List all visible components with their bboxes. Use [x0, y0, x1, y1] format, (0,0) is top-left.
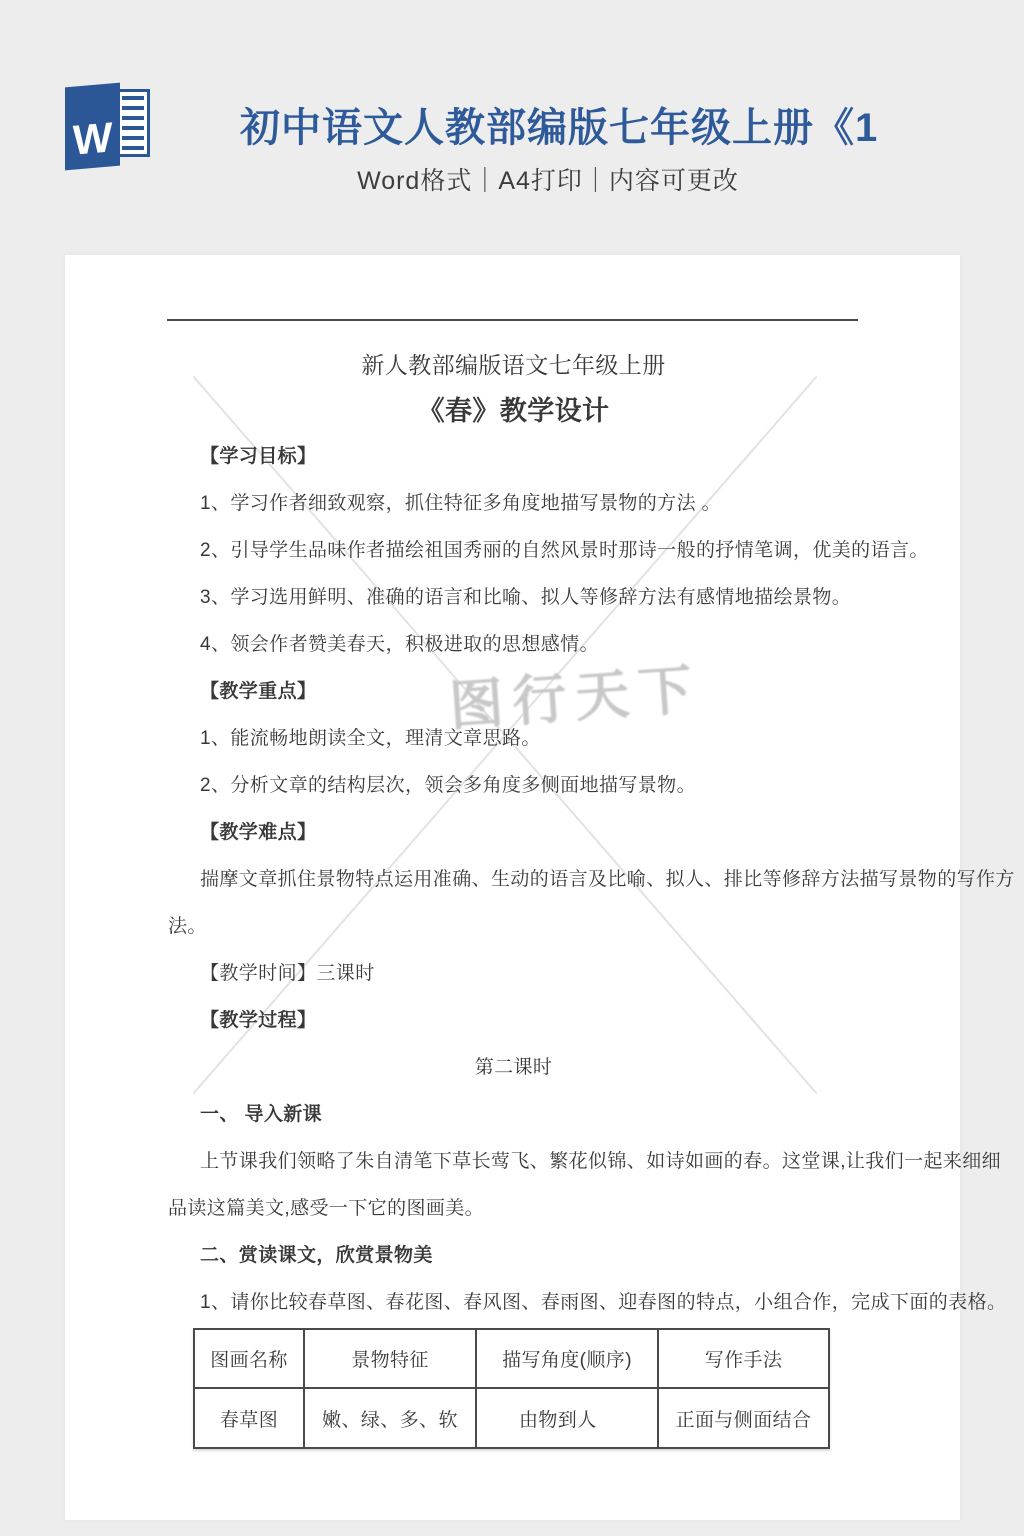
table-cell: 春草图	[194, 1388, 304, 1448]
part1-text: 品读这篇美文,感受一下它的图画美。	[168, 1196, 484, 1222]
goal-item: 2、引导学生品味作者描绘祖国秀丽的自然风景时那诗一般的抒情笔调，优美的语言。	[200, 538, 929, 564]
word-icon-text-lines	[122, 96, 144, 150]
key-point-item: 2、分析文章的结构层次，领会多角度多侧面地描写景物。	[200, 773, 696, 799]
key-point-item: 1、能流畅地朗读全文，理清文章思路。	[200, 726, 541, 752]
product-title[interactable]: 初中语文人教部编版七年级上册《1	[240, 96, 878, 153]
teaching-time-line: 【教学时间】三课时	[200, 961, 375, 987]
word-icon-w-tile: W	[65, 83, 120, 171]
document-preview-page: 图行天下 新人教部编版语文七年级上册 《春》教学设计 【学习目标】 1、学习作者…	[65, 255, 960, 1520]
table-header-cell: 写作手法	[658, 1329, 829, 1388]
key-points-heading: 【教学重点】	[200, 679, 316, 705]
part1-heading: 一、 导入新课	[200, 1102, 322, 1128]
teaching-time-value: 三课时	[316, 963, 374, 984]
document-content: 新人教部编版语文七年级上册 《春》教学设计 【学习目标】 1、学习作者细致观察，…	[65, 255, 960, 1520]
process-heading: 【教学过程】	[200, 1008, 316, 1034]
part2-intro: 1、请你比较春草图、春花图、春风图、春雨图、迎春图的特点，小组合作，完成下面的表…	[200, 1290, 1006, 1316]
goal-item: 1、学习作者细致观察，抓住特征多角度地描写景物的方法 。	[200, 491, 721, 517]
teaching-time-label: 【教学时间】	[200, 963, 316, 984]
table-cell: 由物到人	[476, 1388, 658, 1448]
goal-item: 4、领会作者赞美春天，积极进取的思想感情。	[200, 632, 599, 658]
difficulty-heading: 【教学难点】	[200, 820, 316, 846]
word-icon-letter: W	[73, 116, 113, 169]
difficulty-text: 法。	[168, 914, 207, 940]
doc-series-title: 新人教部编版语文七年级上册	[168, 352, 859, 378]
table-row: 春草图 嫩、绿、多、软 由物到人 正面与侧面结合	[194, 1388, 829, 1448]
table-header-cell: 图画名称	[194, 1329, 304, 1388]
difficulty-text: 揣摩文章抓住景物特点运用准确、生动的语言及比喻、拟人、排比等修辞方法描写景物的写…	[200, 867, 1015, 893]
product-subtitle: Word格式｜A4打印｜内容可更改	[240, 161, 856, 197]
part2-heading: 二、赏读课文，欣赏景物美	[200, 1243, 433, 1269]
word-icon-document-sheet	[116, 89, 150, 157]
document-top-rule	[167, 319, 858, 321]
comparison-table: 图画名称 景物特征 描写角度(顺序) 写作手法 春草图 嫩、绿、多、软 由物到人…	[193, 1328, 830, 1449]
word-file-icon: W	[64, 82, 156, 172]
table-header-cell: 景物特征	[304, 1329, 476, 1388]
page-background: W 初中语文人教部编版七年级上册《1 Word格式｜A4打印｜内容可更改 图行天…	[0, 0, 1024, 1536]
table-cell: 正面与侧面结合	[658, 1388, 829, 1448]
goals-heading: 【学习目标】	[200, 444, 316, 470]
lesson-title: 第二课时	[168, 1055, 859, 1081]
table-header-cell: 描写角度(顺序)	[476, 1329, 658, 1388]
part1-text: 上节课我们领略了朱自清笔下草长莺飞、繁花似锦、如诗如画的春。这堂课,让我们一起来…	[200, 1149, 1001, 1175]
goal-item: 3、学习选用鲜明、准确的语言和比喻、拟人等修辞方法有感情地描绘景物。	[200, 585, 851, 611]
site-header: W 初中语文人教部编版七年级上册《1 Word格式｜A4打印｜内容可更改	[0, 0, 1024, 255]
doc-main-title: 《春》教学设计	[168, 395, 859, 427]
table-header-row: 图画名称 景物特征 描写角度(顺序) 写作手法	[194, 1329, 829, 1388]
table-cell: 嫩、绿、多、软	[304, 1388, 476, 1448]
